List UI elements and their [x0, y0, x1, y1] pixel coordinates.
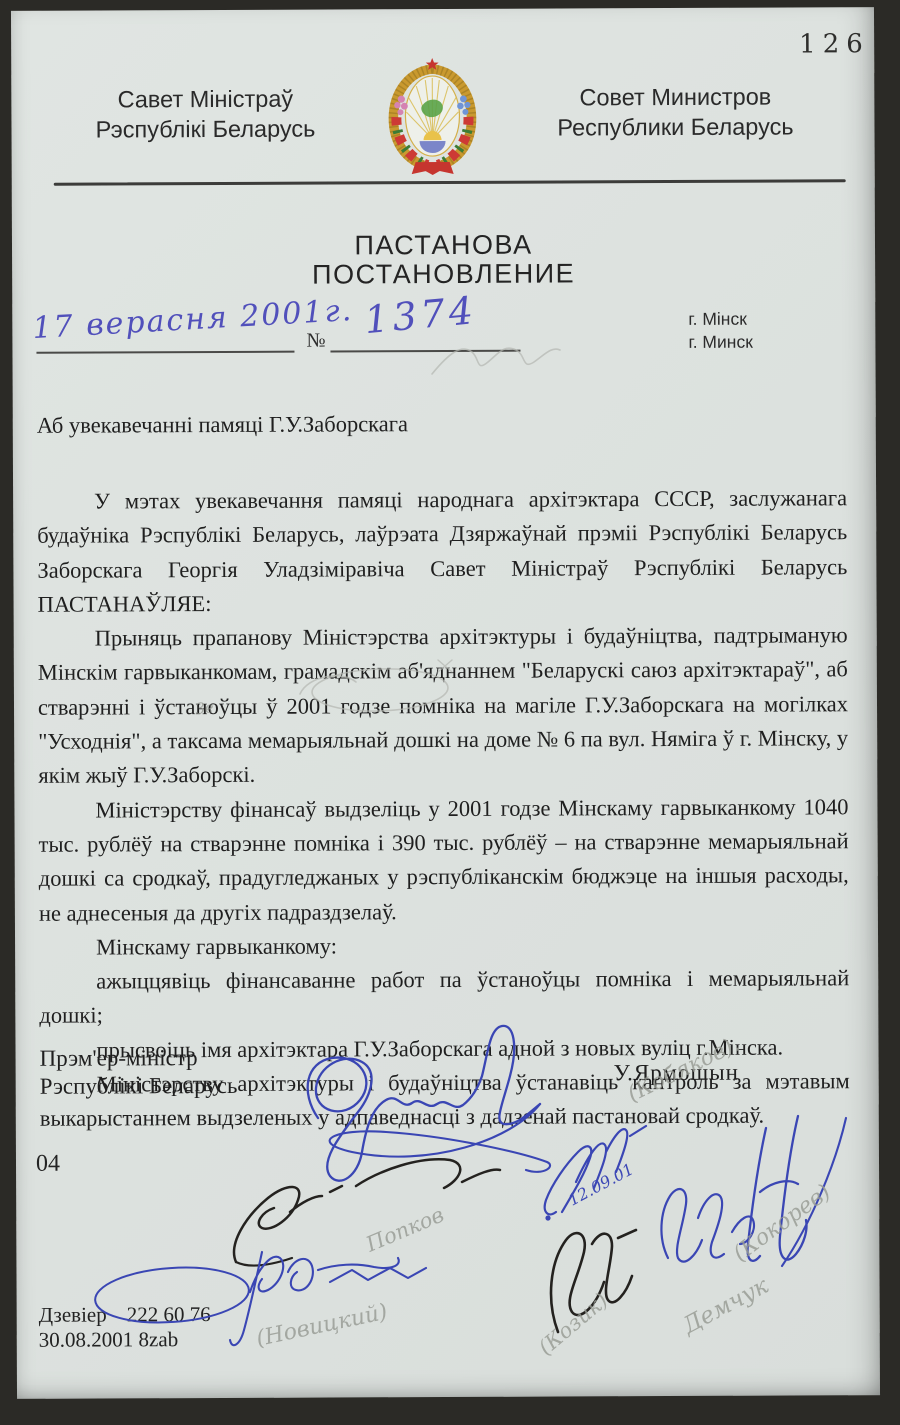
title-russian: ПОСТАНОВЛЕНИЕ: [12, 258, 875, 291]
letterhead-divider: [54, 179, 846, 185]
letterhead-by-line2: Рэспублікі Беларусь: [39, 113, 371, 144]
page-number-stamp: 126: [799, 29, 870, 59]
paragraph-point-3: Мінскаму гарвыканкому:: [39, 927, 849, 965]
executor-line: Дзевіер222 60 76: [39, 1302, 211, 1328]
letterhead-ru-line2: Республики Беларусь: [509, 111, 841, 142]
letterhead-russian: Совет Министров Республики Беларусь: [509, 81, 841, 142]
letterhead-ru-line1: Совет Министров: [509, 81, 841, 112]
belarus-coat-of-arms-icon: [377, 55, 488, 179]
document-paper: 126 Савет Міністраў Рэспублікі Беларусь: [11, 7, 880, 1399]
paragraph-point-2: Міністэрству фінансаў выдзеліць у 2001 г…: [38, 790, 849, 931]
executor-block: Дзевіер222 60 76 30.08.2001 8zab: [39, 1302, 211, 1353]
decree-body: У мэтах увекавечання памяці народнага ар…: [37, 481, 850, 1136]
letterhead-by-line1: Савет Міністраў: [39, 83, 371, 114]
executor-name: Дзевіер: [39, 1302, 107, 1326]
handwritten-number: 1374: [363, 288, 479, 342]
executor-phone: 222 60 76: [127, 1302, 211, 1326]
department-code: 04: [36, 1151, 60, 1178]
document-title: ПАСТАНОВА ПОСТАНОВЛЕНИЕ: [12, 229, 875, 291]
date-underline: [36, 351, 294, 354]
scanned-decree-page: { "page": { "number": "126" }, "header":…: [0, 0, 900, 1425]
place-by: г. Мінск: [688, 308, 753, 331]
signer-position-line2: Рэспублікі Беларусь: [40, 1072, 238, 1101]
emblem-svg: [377, 55, 488, 179]
signer-name: У.Ярмошын: [614, 1060, 739, 1087]
signer-position: Прэм'ер-міністр Рэспублікі Беларусь: [39, 1044, 237, 1101]
signer-position-line1: Прэм'ер-міністр: [39, 1044, 237, 1073]
number-sign: №: [306, 330, 325, 353]
preparation-date: 30.08.2001 8zab: [39, 1327, 211, 1353]
paragraph-preamble: У мэтах увекавечання памяці народнага ар…: [37, 481, 848, 622]
title-belarusian: ПАСТАНОВА: [12, 229, 875, 262]
place-block: г. Мінск г. Минск: [688, 308, 753, 353]
number-underline: [330, 350, 520, 353]
paragraph-point-3a: ажыццявіць фінансаванне работ па ўстаноў…: [39, 961, 849, 1033]
place-ru: г. Минск: [688, 330, 753, 353]
letterhead-belarusian: Савет Міністраў Рэспублікі Беларусь: [39, 83, 371, 144]
bottom-ribbon: [412, 162, 454, 175]
subject-line: Аб увекавечанні памяці Г.У.Заборскага: [37, 411, 408, 439]
paragraph-point-1: Прыняць прапанову Міністэрства архітэкту…: [38, 618, 849, 793]
